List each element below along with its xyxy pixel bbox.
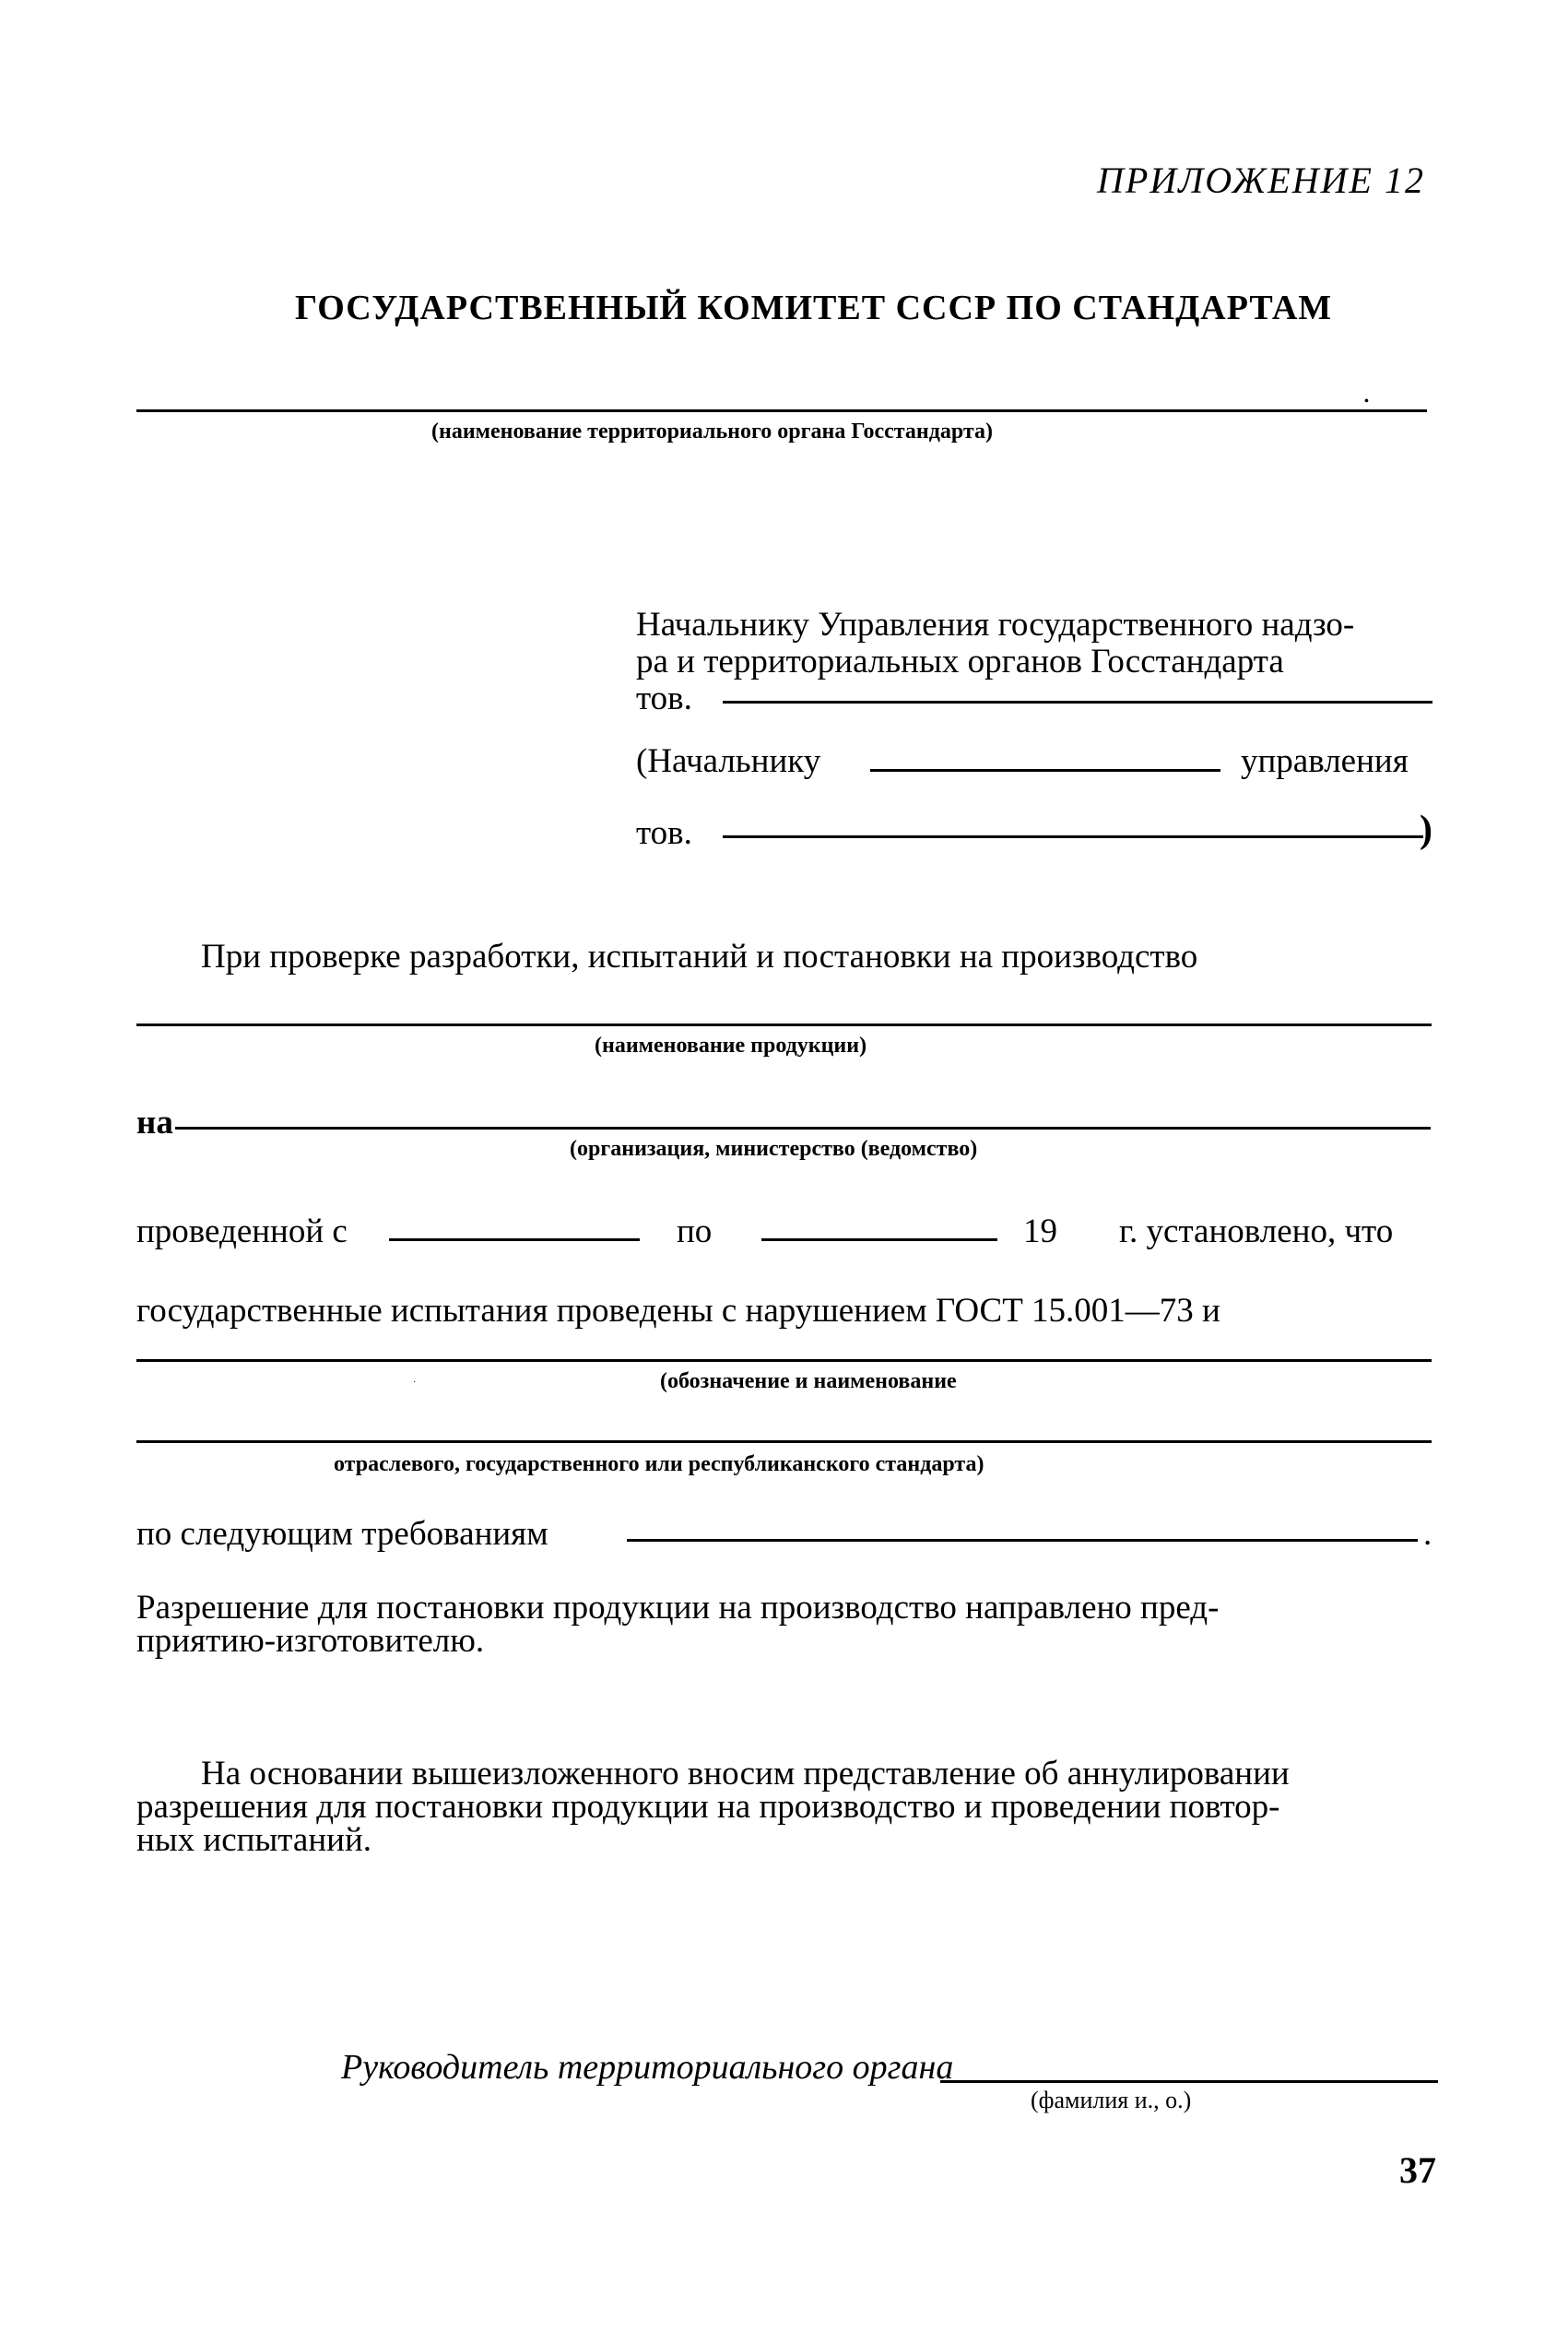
product-name-field-line[interactable] <box>136 1024 1432 1026</box>
addressee-line-1: Начальнику Управления государственного н… <box>636 607 1354 644</box>
standard-caption-1: (обозначение и наименование <box>660 1368 957 1394</box>
organization-field-line[interactable] <box>175 1127 1431 1130</box>
start-date-field-line[interactable] <box>389 1238 640 1241</box>
on-label: на <box>136 1105 173 1142</box>
year-prefix: 19 <box>1023 1213 1057 1250</box>
standard-name-field-line[interactable] <box>136 1440 1432 1443</box>
page-number: 37 <box>1399 2148 1436 2192</box>
conclusion-line-3: ных испытаний. <box>136 1822 371 1859</box>
standard-caption-2: отраслевого, государственного или респуб… <box>334 1451 984 1477</box>
end-date-field-line[interactable] <box>761 1238 997 1241</box>
to-label: по <box>677 1213 712 1250</box>
permission-line-2: приятию-изготовителю. <box>136 1623 484 1660</box>
violation-text: государственные испытания проведены с на… <box>136 1293 1220 1330</box>
alt-department-field-line[interactable] <box>870 769 1220 772</box>
signature-field-line[interactable] <box>940 2080 1438 2083</box>
stray-dot: · <box>413 1378 416 1388</box>
requirements-field-line[interactable] <box>627 1539 1418 1542</box>
alt-addressee-name-field-line[interactable] <box>723 835 1423 838</box>
tov-label-1: тов. <box>636 680 692 717</box>
committee-title: ГОСУДАРСТВЕННЫЙ КОМИТЕТ СССР ПО СТАНДАРТ… <box>295 288 1332 328</box>
intro-text: При проверке разработки, испытаний и пос… <box>201 939 1197 976</box>
appendix-label: ПРИЛОЖЕНИЕ 12 <box>1097 159 1425 202</box>
requirements-end: . <box>1423 1516 1432 1553</box>
organization-caption: (организация, министерство (ведомство) <box>570 1136 977 1162</box>
product-caption: (наименование продукции) <box>595 1033 867 1059</box>
close-paren: ) <box>1420 811 1432 848</box>
standard-designation-field-line[interactable] <box>136 1359 1432 1362</box>
requirements-label: по следующим требованиям <box>136 1516 548 1553</box>
territorial-organ-field-line[interactable] <box>136 409 1427 412</box>
permission-line-1: Разрешение для постановки продукции на п… <box>136 1590 1432 1627</box>
conclusion-line-1: На основании вышеизложенного вносим пред… <box>201 1756 1432 1793</box>
tov-label-2: тов. <box>636 815 692 852</box>
addressee-line-2: ра и территориальных органов Госстандарт… <box>636 644 1284 680</box>
territorial-organ-caption: (наименование территориального органа Го… <box>431 419 993 444</box>
conclusion-line-2: разрешения для постановки продукции на п… <box>136 1789 1432 1826</box>
established-text: г. установлено, что <box>1119 1213 1393 1250</box>
alt-addressee-prefix: (Начальнику <box>636 743 820 780</box>
alt-addressee-suffix: управления <box>1241 743 1409 780</box>
signature-label: Руководитель территориального органа <box>341 2047 953 2088</box>
conducted-from-label: проведенной с <box>136 1213 348 1250</box>
name-caption: (фамилия и., о.) <box>1031 2088 1191 2113</box>
addressee-name-field-line[interactable] <box>723 701 1432 704</box>
dot-mark: • <box>1364 395 1369 409</box>
